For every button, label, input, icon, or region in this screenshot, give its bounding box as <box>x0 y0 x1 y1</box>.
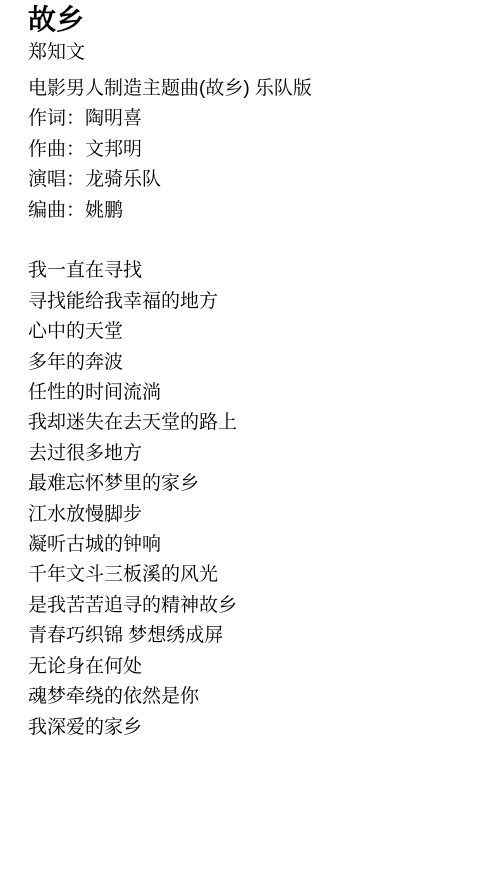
credit-line: 演唱：龙骑乐队 <box>28 165 480 195</box>
credits-block: 电影男人制造主题曲(故乡) 乐队版作词：陶明喜作曲：文邦明演唱：龙骑乐队编曲：姚… <box>28 74 480 226</box>
lyric-line: 魂梦牵绕的依然是你 <box>28 682 480 712</box>
lyric-line: 最难忘怀梦里的家乡 <box>28 469 480 499</box>
lyric-line: 凝听古城的钟响 <box>28 530 480 560</box>
lyric-line: 寻找能给我幸福的地方 <box>28 287 480 317</box>
lyric-line: 江水放慢脚步 <box>28 500 480 530</box>
lyric-line: 无论身在何处 <box>28 652 480 682</box>
lyric-line: 青春巧织锦 梦想绣成屏 <box>28 621 480 651</box>
lyric-line: 我一直在寻找 <box>28 256 480 286</box>
credit-line: 作曲：文邦明 <box>28 135 480 165</box>
credit-line: 电影男人制造主题曲(故乡) 乐队版 <box>28 74 480 104</box>
lyric-line: 千年文斗三板溪的风光 <box>28 560 480 590</box>
song-body: 电影男人制造主题曲(故乡) 乐队版作词：陶明喜作曲：文邦明演唱：龙骑乐队编曲：姚… <box>28 74 480 743</box>
lyric-line: 任性的时间流淌 <box>28 378 480 408</box>
lyrics-page: 故乡 郑知文 电影男人制造主题曲(故乡) 乐队版作词：陶明喜作曲：文邦明演唱：龙… <box>0 0 500 880</box>
lyric-line: 我深爱的家乡 <box>28 713 480 743</box>
credit-line: 作词：陶明喜 <box>28 104 480 134</box>
song-title: 故乡 <box>28 4 480 36</box>
credit-line: 编曲：姚鹏 <box>28 196 480 226</box>
lyrics-block: 我一直在寻找寻找能给我幸福的地方心中的天堂多年的奔波任性的时间流淌我却迷失在去天… <box>28 256 480 743</box>
blank-line <box>28 226 480 256</box>
lyric-line: 心中的天堂 <box>28 317 480 347</box>
lyric-line: 去过很多地方 <box>28 439 480 469</box>
artist-name: 郑知文 <box>28 39 480 66</box>
lyric-line: 是我苦苦追寻的精神故乡 <box>28 591 480 621</box>
lyric-line: 我却迷失在去天堂的路上 <box>28 408 480 438</box>
lyric-line: 多年的奔波 <box>28 348 480 378</box>
